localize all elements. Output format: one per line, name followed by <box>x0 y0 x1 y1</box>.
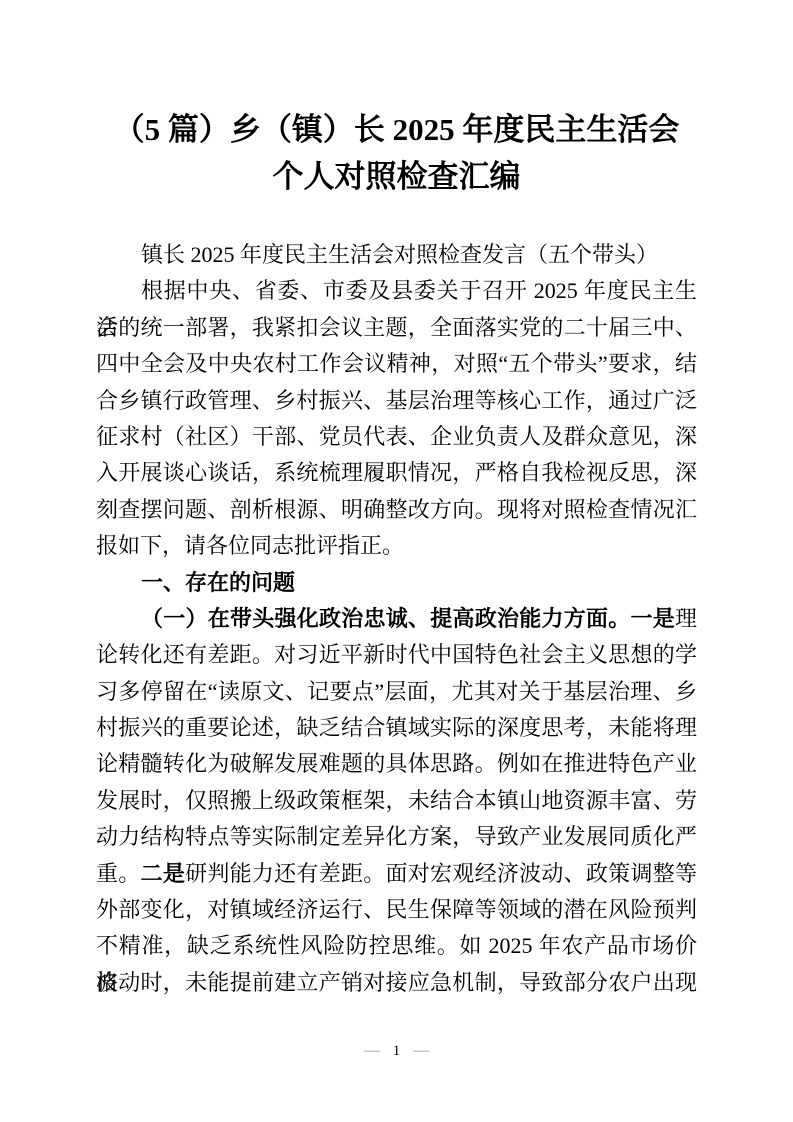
body-text: 习多停留在“读原文、记要点”层面，尤其对关于基层治理、乡 <box>96 679 697 704</box>
document-title-line2: 个人对照检查汇编 <box>273 159 521 194</box>
body-text: 论精髓转化为破解发展难题的具体思路。例如在推进特色产业 <box>96 751 697 776</box>
body-text: 论转化还有差距。对习近平新时代中国特色社会主义思想的学 <box>96 642 697 667</box>
document-page: （5 篇）乡（镇）长 2025 年度民主生活会 个人对照检查汇编 镇长 2025… <box>0 0 793 1122</box>
body-text: 重。 <box>96 861 141 886</box>
body-text: 理 <box>675 606 697 631</box>
emphasis-text: 二是 <box>141 861 186 886</box>
footer-dash-right: — <box>413 1041 429 1061</box>
text-line: 报如下，请各位同志批评指正。 <box>96 528 697 564</box>
text-line: 论转化还有差距。对习近平新时代中国特色社会主义思想的学 <box>96 637 697 673</box>
document-body: 镇长 2025 年度民主生活会对照检查发言（五个带头）根据中央、省委、市委及县委… <box>96 237 697 1001</box>
emphasis-text: （一）在带头强化政治忠诚、提高政治能力方面。一是 <box>141 606 675 631</box>
body-text: 刻查摆问题、剖析根源、明确整改方向。现将对照检查情况汇 <box>96 497 697 522</box>
page-footer: — 1 — <box>0 1041 793 1061</box>
body-text: 外部变化，对镇域经济运行、民生保障等领域的潜在风险预判 <box>96 897 697 922</box>
text-line: 合乡镇行政管理、乡村振兴、基层治理等核心工作，通过广泛 <box>96 383 697 419</box>
section-heading: 一、存在的问题 <box>96 565 697 601</box>
body-text: 村振兴的重要论述，缺乏结合镇域实际的深度思考，未能将理 <box>96 715 697 740</box>
document-title-line1: （5 篇）乡（镇）长 2025 年度民主生活会 <box>114 112 680 147</box>
body-text: 报如下，请各位同志批评指正。 <box>96 533 404 558</box>
body-text: 征求村（社区）干部、党员代表、企业负责人及群众意见，深 <box>96 424 697 449</box>
body-text: 合乡镇行政管理、乡村振兴、基层治理等核心工作，通过广泛 <box>96 388 697 413</box>
text-line: 会的统一部署，我紧扣会议主题，全面落实党的二十届三中、 <box>96 310 697 346</box>
footer-dash-left: — <box>364 1041 380 1061</box>
text-line: 根据中央、省委、市委及县委关于召开 2025 年度民主生活 <box>96 273 697 309</box>
text-line: 动力结构特点等实际制定差异化方案，导致产业发展同质化严 <box>96 819 697 855</box>
text-line: （一）在带头强化政治忠诚、提高政治能力方面。一是理 <box>96 601 697 637</box>
body-text: 发展时，仅照搬上级政策框架，未结合本镇山地资源丰富、劳 <box>96 788 697 813</box>
text-line: 不精准，缺乏系统性风险防控思维。如 2025 年农产品市场价格 <box>96 928 697 964</box>
body-text: 一、存在的问题 <box>141 570 295 595</box>
text-line: 外部变化，对镇域经济运行、民生保障等领域的潜在风险预判 <box>96 892 697 928</box>
text-line: 刻查摆问题、剖析根源、明确整改方向。现将对照检查情况汇 <box>96 492 697 528</box>
body-text: 研判能力还有差距。面对宏观经济波动、政策调整等 <box>185 861 697 886</box>
text-line: 入开展谈心谈话，系统梳理履职情况，严格自我检视反思，深 <box>96 455 697 491</box>
text-line: 波动时，未能提前建立产销对接应急机制，导致部分农户出现 <box>96 965 697 1001</box>
text-line: 征求村（社区）干部、党员代表、企业负责人及群众意见，深 <box>96 419 697 455</box>
text-line: 重。二是研判能力还有差距。面对宏观经济波动、政策调整等 <box>96 856 697 892</box>
text-line: 习多停留在“读原文、记要点”层面，尤其对关于基层治理、乡 <box>96 674 697 710</box>
document-title: （5 篇）乡（镇）长 2025 年度民主生活会 个人对照检查汇编 <box>0 0 793 200</box>
body-text: 四中全会及中央农村工作会议精神，对照“五个带头”要求，结 <box>96 351 697 376</box>
body-text: 入开展谈心谈话，系统梳理履职情况，严格自我检视反思，深 <box>96 460 697 485</box>
body-text: 动力结构特点等实际制定差异化方案，导致产业发展同质化严 <box>96 824 697 849</box>
text-line: 村振兴的重要论述，缺乏结合镇域实际的深度思考，未能将理 <box>96 710 697 746</box>
text-line: 四中全会及中央农村工作会议精神，对照“五个带头”要求，结 <box>96 346 697 382</box>
body-text: 波动时，未能提前建立产销对接应急机制，导致部分农户出现 <box>96 970 697 995</box>
text-line: 论精髓转化为破解发展难题的具体思路。例如在推进特色产业 <box>96 746 697 782</box>
body-text: 镇长 2025 年度民主生活会对照检查发言（五个带头） <box>141 242 658 267</box>
body-text: 会的统一部署，我紧扣会议主题，全面落实党的二十届三中、 <box>96 315 697 340</box>
text-line: 发展时，仅照搬上级政策框架，未结合本镇山地资源丰富、劳 <box>96 783 697 819</box>
text-line: 镇长 2025 年度民主生活会对照检查发言（五个带头） <box>96 237 697 273</box>
page-number: 1 <box>393 1041 401 1061</box>
